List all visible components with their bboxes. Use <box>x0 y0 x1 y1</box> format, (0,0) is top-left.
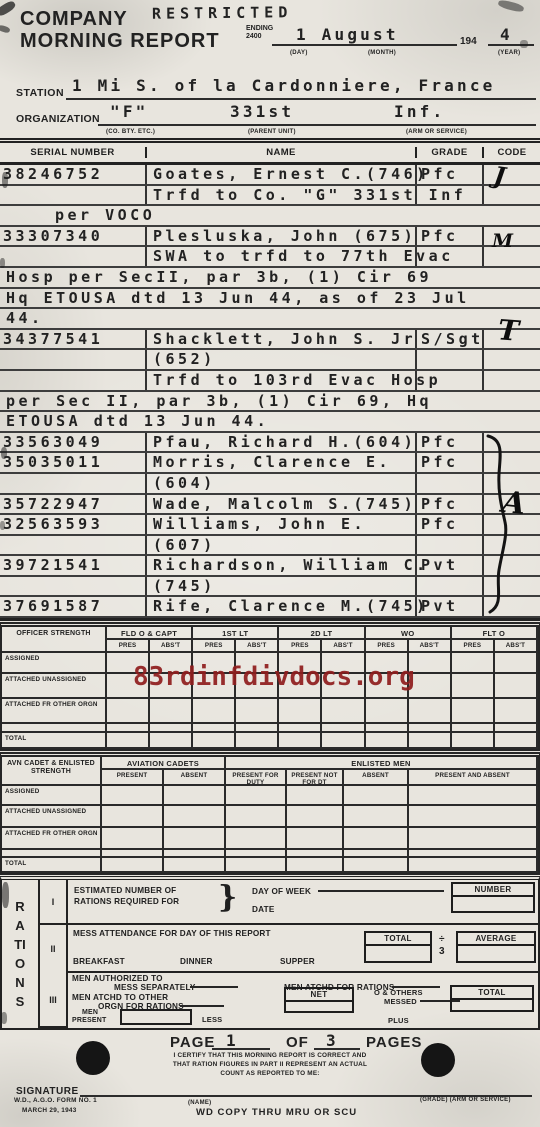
strength-cell <box>322 699 365 724</box>
strength-cell <box>409 653 452 674</box>
handwritten-bracket <box>478 430 538 618</box>
breakfast-label: BREAKFAST <box>73 957 125 966</box>
strength-cell <box>344 806 409 828</box>
roster-row: (604) <box>0 474 540 495</box>
roster-name: Goates, Ernest C.(746) <box>145 165 415 184</box>
roster-name: Morris, Clarence E. <box>145 453 415 472</box>
strength-cell <box>193 724 236 733</box>
roster-serial: 35035011 <box>0 453 145 472</box>
divide-by-three: 3 <box>439 946 445 957</box>
strength-cell <box>236 724 279 733</box>
strength-cell <box>164 828 226 850</box>
strength-cell <box>164 850 226 858</box>
roster-serial <box>0 186 145 205</box>
roster-row: 35722947Wade, Malcolm S.(745)Pfc <box>0 495 540 516</box>
strength-cell <box>409 786 538 806</box>
row-label: TOTAL <box>2 858 102 873</box>
roster-row: (652) <box>0 350 540 371</box>
column-group-label: AVIATION CADETS <box>102 757 226 770</box>
roster-grade <box>415 186 482 205</box>
strength-cell <box>287 786 344 806</box>
roster-grade: S/Sgt <box>415 330 482 349</box>
scan-artifact <box>0 521 5 530</box>
strength-cell <box>409 858 538 873</box>
form-title-line2: MORNING REPORT <box>20 30 220 53</box>
handwritten-code-shacklett: T <box>497 313 520 347</box>
column-group-label: WO <box>366 627 452 640</box>
roster-entry-text: Hq ETOUSA dtd 13 Jun 44, as of 23 Jul <box>0 289 540 308</box>
strength-cell <box>150 733 193 749</box>
roster-code <box>482 350 540 369</box>
roster-row: Hosp per SecII, par 3b, (1) Cir 69 <box>0 268 540 289</box>
plus-label: PLUS <box>388 1016 409 1025</box>
roster-code <box>482 165 540 184</box>
roster-code <box>482 186 540 205</box>
rations-label: ESTIMATED NUMBER OF <box>74 886 176 895</box>
column-label: ABSENT <box>164 770 226 786</box>
strength-cell <box>102 858 164 873</box>
roster-serial: 34377541 <box>0 330 145 349</box>
strength-cell <box>366 699 409 724</box>
column-label: PRESENT NOT FOR DT <box>287 770 344 786</box>
strength-cell <box>452 674 495 699</box>
day-of-week-label: DAY OF WEEK <box>252 887 311 896</box>
strength-cell <box>193 733 236 749</box>
roster-serial <box>0 247 145 266</box>
men-authorized-label: MEN AUTHORIZED TO <box>72 974 163 983</box>
strength-cell <box>164 858 226 873</box>
supper-label: SUPPER <box>280 957 315 966</box>
table-corner-label: OFFICER STRENGTH <box>2 627 107 653</box>
handwritten-bracket-letter: A <box>500 485 527 522</box>
rations-row-3: MEN AUTHORIZED TO MESS SEPARATELY MEN AT… <box>68 973 538 1028</box>
year-sublabel: (YEAR) <box>498 50 520 56</box>
column-label: ABS'T <box>236 640 279 653</box>
roster-grade <box>415 577 482 596</box>
table-corner-label: AVN CADET & ENLISTED STRENGTH <box>2 757 102 786</box>
strength-cell <box>102 806 164 828</box>
of-label: OF <box>286 1034 309 1051</box>
men-atchd-other-label: MEN ATCHD TO OTHER <box>72 993 168 1002</box>
strength-cell <box>452 699 495 724</box>
strength-cell <box>409 806 538 828</box>
name-sublabel: (NAME) <box>188 1100 211 1106</box>
roster-row: Trfd to Co. "G" 331st Inf <box>0 186 540 207</box>
strength-cell <box>409 674 452 699</box>
strength-cell <box>236 733 279 749</box>
date-label: DATE <box>252 905 274 914</box>
column-label: PRESENT FOR DUTY <box>226 770 287 786</box>
strength-cell <box>102 786 164 806</box>
strength-cell <box>150 699 193 724</box>
column-label: PRES <box>193 640 236 653</box>
number-box-label: NUMBER <box>453 884 533 897</box>
scan-artifact <box>497 0 524 13</box>
row-label: ATTACHED FR OTHER ORGN <box>2 828 102 850</box>
roster-serial <box>0 474 145 493</box>
total-box-2: TOTAL <box>450 985 534 1012</box>
certification-text: I CERTIFY THAT THIS MORNING REPORT IS CO… <box>120 1051 420 1078</box>
roster-header-row: SERIAL NUMBER NAME GRADE CODE <box>0 143 540 165</box>
roster-name: Shacklett, John S. Jr <box>145 330 415 349</box>
rations-section: RATIONS I ESTIMATED NUMBER OF RATIONS RE… <box>0 876 540 1030</box>
roster-code <box>482 371 540 390</box>
roster-grade <box>415 247 482 266</box>
ending-time: 2400 <box>246 33 262 40</box>
form-title-line1: COMPANY <box>20 8 128 31</box>
roster-row: 35035011Morris, Clarence E.Pfc <box>0 453 540 474</box>
scan-artifact <box>2 882 9 908</box>
column-label: ABS'T <box>322 640 365 653</box>
scan-artifact <box>1 447 7 459</box>
arm-sublabel: (ARM OR SERVICE) <box>406 129 467 135</box>
enlisted-strength-table: AVN CADET & ENLISTED STRENGTHAVIATION CA… <box>0 752 540 875</box>
strength-cell <box>226 828 287 850</box>
roster-row: SWA to trfd to 77th Evac <box>0 247 540 268</box>
column-label: ABSENT <box>344 770 409 786</box>
roster-entry-text: per Sec II, par 3b, (1) Cir 69, Hq <box>0 392 540 411</box>
strength-cell <box>164 806 226 828</box>
roster-name: (652) <box>145 350 415 369</box>
roster-serial: 33307340 <box>0 227 145 246</box>
strength-cell <box>287 806 344 828</box>
strength-cell <box>107 699 150 724</box>
strength-cell <box>366 724 409 733</box>
strength-cell <box>344 858 409 873</box>
scan-artifact <box>0 258 5 268</box>
roster-serial: 38246752 <box>0 165 145 184</box>
roster-row: per Sec II, par 3b, (1) Cir 69, Hq <box>0 392 540 413</box>
roster-row: 34377541Shacklett, John S. JrS/Sgt <box>0 330 540 351</box>
column-label: PRESENT <box>102 770 164 786</box>
strength-cell <box>452 724 495 733</box>
roster-row: Trfd to 103rd Evac Hosp <box>0 371 540 392</box>
scanned-morning-report: COMPANY MORNING REPORT RESTRICTED ENDING… <box>0 0 540 1127</box>
fill-line <box>318 882 444 892</box>
strength-cell <box>495 724 538 733</box>
strength-cell <box>164 786 226 806</box>
divide-sign: ÷ <box>439 934 445 945</box>
year-prefix: 194 <box>460 36 477 47</box>
row-label: ASSIGNED <box>2 786 102 806</box>
brace-glyph: } <box>218 880 237 915</box>
organization-label: ORGANIZATION <box>16 113 100 125</box>
roster-row: Hq ETOUSA dtd 13 Jun 44, as of 23 Jul <box>0 289 540 310</box>
roster-grade: Pfc <box>415 227 482 246</box>
strength-cell <box>287 858 344 873</box>
strength-cell <box>322 733 365 749</box>
roster-name: Plesluska, John (675) <box>145 227 415 246</box>
rations-numeral-1: I <box>40 880 68 925</box>
roster-row: 33563049Pfau, Richard H.(604)Pfc <box>0 433 540 454</box>
strength-cell <box>279 724 322 733</box>
column-group-label: 1ST LT <box>193 627 279 640</box>
strength-cell <box>226 786 287 806</box>
strength-cell <box>452 653 495 674</box>
strength-cell <box>344 828 409 850</box>
average-box: AVERAGE <box>456 931 536 963</box>
mess-attendance-label: MESS ATTENDANCE FOR DAY OF THIS REPORT <box>73 929 271 938</box>
month-sublabel: (MONTH) <box>368 50 396 56</box>
roster-serial: 37691587 <box>0 597 145 616</box>
rations-numeral-2: II <box>40 925 68 973</box>
column-group-label: FLD O & CAPT <box>107 627 193 640</box>
strength-cell <box>495 733 538 749</box>
company-sublabel: (CO. BTY. ETC.) <box>106 129 155 135</box>
col-header-code: CODE <box>482 147 540 158</box>
roster-grade: Pfc <box>415 433 482 452</box>
roster-name: SWA to trfd to 77th Evac <box>145 247 415 266</box>
station-underline <box>66 86 536 100</box>
scan-artifact <box>0 24 11 33</box>
roster-name: Rife, Clarence M.(745) <box>145 597 415 616</box>
roster-grade: Pfc <box>415 453 482 472</box>
roster-serial <box>0 371 145 390</box>
roster-row: 33307340Plesluska, John (675)Pfc <box>0 227 540 248</box>
column-group-label: 2D LT <box>279 627 365 640</box>
roster-name: Richardson, William C. <box>145 556 415 575</box>
strength-cell <box>226 806 287 828</box>
strength-cell <box>150 724 193 733</box>
column-label: PRESENT AND ABSENT <box>409 770 538 786</box>
strength-cell <box>495 653 538 674</box>
scan-artifact <box>2 172 8 188</box>
strength-cell <box>102 850 164 858</box>
strength-cell <box>107 733 150 749</box>
col-header-grade: GRADE <box>415 147 482 158</box>
rations-side-label: RATIONS <box>12 897 28 1011</box>
roster-grade <box>415 536 482 555</box>
form-date: MARCH 29, 1943 <box>22 1107 77 1114</box>
roster-rows: 38246752Goates, Ernest C.(746)PfcTrfd to… <box>0 165 540 618</box>
total-box-label: TOTAL <box>366 933 430 946</box>
rations-row-2: MESS ATTENDANCE FOR DAY OF THIS REPORT B… <box>68 925 538 973</box>
number-box: NUMBER <box>451 882 535 913</box>
row-label: ATTACHED FR OTHER ORGN <box>2 699 107 724</box>
roster-name: Pfau, Richard H.(604) <box>145 433 415 452</box>
roster-row: ETOUSA dtd 13 Jun 44. <box>0 412 540 433</box>
column-group-label: FLT O <box>452 627 538 640</box>
hole-punch-left <box>76 1041 110 1075</box>
roster-name: Wade, Malcolm S.(745) <box>145 495 415 514</box>
column-group-label: ENLISTED MEN <box>226 757 538 770</box>
roster-row: 37691587Rife, Clarence M.(745)Pvt <box>0 597 540 618</box>
strength-cell <box>107 724 150 733</box>
roster-grade <box>415 371 482 390</box>
handwritten-code-plesluska: M <box>492 230 513 252</box>
roster-grade: Pfc <box>415 165 482 184</box>
strength-cell <box>102 828 164 850</box>
roster-serial: 39721541 <box>0 556 145 575</box>
station-label: STATION <box>16 87 64 99</box>
roster-entry-text: per VOCO <box>0 206 540 225</box>
column-label: PRES <box>279 640 322 653</box>
strength-cell <box>409 850 538 858</box>
cert-line-3: COUNT AS REPORTED TO ME: <box>120 1069 420 1078</box>
restricted-stamp: RESTRICTED <box>152 3 292 22</box>
cert-line-2: THAT RATION FIGURES IN PART II REPRESENT… <box>120 1060 420 1069</box>
rations-numeral-3: III <box>40 973 68 1028</box>
watermark-text: 83rdinfdivdocs.org <box>133 662 415 692</box>
day-sublabel: (DAY) <box>290 50 308 56</box>
strength-cell <box>344 850 409 858</box>
col-header-serial: SERIAL NUMBER <box>0 147 145 158</box>
average-box-label: AVERAGE <box>458 933 534 946</box>
roster-serial <box>0 577 145 596</box>
o-and-others-label: O & OTHERS <box>374 988 423 997</box>
roster-grade <box>415 474 482 493</box>
roster-row: 39721541Richardson, William C.Pvt <box>0 556 540 577</box>
roster-serial <box>0 350 145 369</box>
total-box-2-label: TOTAL <box>452 987 532 1000</box>
roster-name: (604) <box>145 474 415 493</box>
page-underline <box>212 1036 270 1050</box>
column-label: ABS'T <box>495 640 538 653</box>
fill-line <box>190 978 238 988</box>
signature-line <box>80 1083 532 1097</box>
signature-label: SIGNATURE <box>16 1086 79 1097</box>
row-label <box>2 724 107 733</box>
rations-row-1: ESTIMATED NUMBER OF RATIONS REQUIRED FOR… <box>68 880 538 925</box>
strength-cell <box>236 699 279 724</box>
roster-serial: 35722947 <box>0 495 145 514</box>
column-label: PRES <box>452 640 495 653</box>
strength-cell <box>366 733 409 749</box>
roster-serial <box>0 536 145 555</box>
mess-separately-label: MESS SEPARATELY <box>114 983 196 992</box>
strength-cell <box>409 828 538 850</box>
rations-label: RATIONS REQUIRED FOR <box>74 897 179 906</box>
roster-grade <box>415 350 482 369</box>
roster-name: Trfd to Co. "G" 331st Inf <box>145 186 415 205</box>
strength-cell <box>226 850 287 858</box>
col-header-name: NAME <box>145 147 415 158</box>
net-box-label: NET <box>286 989 352 1002</box>
organization-underline <box>98 112 536 126</box>
strength-cell <box>409 699 452 724</box>
strength-cell <box>495 699 538 724</box>
present-label: PRESENT <box>72 1017 106 1024</box>
strength-cell <box>287 850 344 858</box>
fill-line <box>180 997 224 1007</box>
page-label: PAGE <box>170 1034 215 1051</box>
roster-grade: Pfc <box>415 515 482 534</box>
messed-label: MESSED <box>384 997 417 1006</box>
net-box: NET <box>284 987 354 1013</box>
roster-entry-text: ETOUSA dtd 13 Jun 44. <box>0 412 540 431</box>
roster-grade: Pvt <box>415 556 482 575</box>
row-label <box>2 850 102 858</box>
row-label: TOTAL <box>2 733 107 749</box>
strength-cell <box>322 724 365 733</box>
strength-cell <box>452 733 495 749</box>
pages-label: PAGES <box>366 1034 422 1051</box>
strength-cell <box>344 786 409 806</box>
roster-name: Trfd to 103rd Evac Hosp <box>145 371 415 390</box>
roster-row: 38246752Goates, Ernest C.(746)Pfc <box>0 165 540 186</box>
roster-row: 32563593Williams, John E.Pfc <box>0 515 540 536</box>
less-label: LESS <box>202 1015 222 1024</box>
row-label: ASSIGNED <box>2 653 107 674</box>
roster-row: (607) <box>0 536 540 557</box>
column-label: PRES <box>366 640 409 653</box>
copy-note: WD COPY THRU MRU OR SCU <box>196 1107 357 1118</box>
strength-cell <box>287 828 344 850</box>
fill-line <box>392 978 440 988</box>
parent-unit-sublabel: (PARENT UNIT) <box>248 129 296 135</box>
cert-line-1: I CERTIFY THAT THIS MORNING REPORT IS CO… <box>120 1051 420 1060</box>
form-number: W.D., A.G.O. FORM NO. 1 <box>14 1097 97 1104</box>
men-label: MEN <box>82 1009 98 1016</box>
roster-serial: 32563593 <box>0 515 145 534</box>
column-label: PRES <box>107 640 150 653</box>
roster-entry-text: 44. <box>0 309 540 328</box>
total-box: TOTAL <box>364 931 432 963</box>
roster-row: 44. <box>0 309 540 330</box>
strength-cell <box>279 699 322 724</box>
grade-arm-sublabel: (GRADE) (ARM OR SERVICE) <box>420 1097 511 1103</box>
strength-cell <box>193 699 236 724</box>
roster-grade: Pfc <box>415 495 482 514</box>
dinner-label: DINNER <box>180 957 213 966</box>
row-label: ATTACHED UNASSIGNED <box>2 674 107 699</box>
pages-underline <box>314 1036 360 1050</box>
scan-artifact <box>520 40 528 48</box>
column-label: ABS'T <box>409 640 452 653</box>
roster-name: Williams, John E. <box>145 515 415 534</box>
column-label: ABS'T <box>150 640 193 653</box>
roster-name: (745) <box>145 577 415 596</box>
row-label: ATTACHED UNASSIGNED <box>2 806 102 828</box>
scan-artifact <box>1 1012 7 1024</box>
scan-artifact <box>0 0 17 18</box>
roster-table: SERIAL NUMBER NAME GRADE CODE 38246752Go… <box>0 138 540 621</box>
strength-cell <box>226 858 287 873</box>
date-underline <box>272 32 457 46</box>
men-present-box <box>120 1009 192 1025</box>
strength-cell <box>495 674 538 699</box>
roster-name: (607) <box>145 536 415 555</box>
ending-label: ENDING <box>246 25 273 32</box>
roster-grade: Pvt <box>415 597 482 616</box>
roster-row: (745) <box>0 577 540 598</box>
strength-cell <box>409 733 452 749</box>
hole-punch-right <box>421 1043 455 1077</box>
roster-row: per VOCO <box>0 206 540 227</box>
roster-entry-text: Hosp per SecII, par 3b, (1) Cir 69 <box>0 268 540 287</box>
roster-serial: 33563049 <box>0 433 145 452</box>
strength-cell <box>409 724 452 733</box>
strength-cell <box>279 733 322 749</box>
